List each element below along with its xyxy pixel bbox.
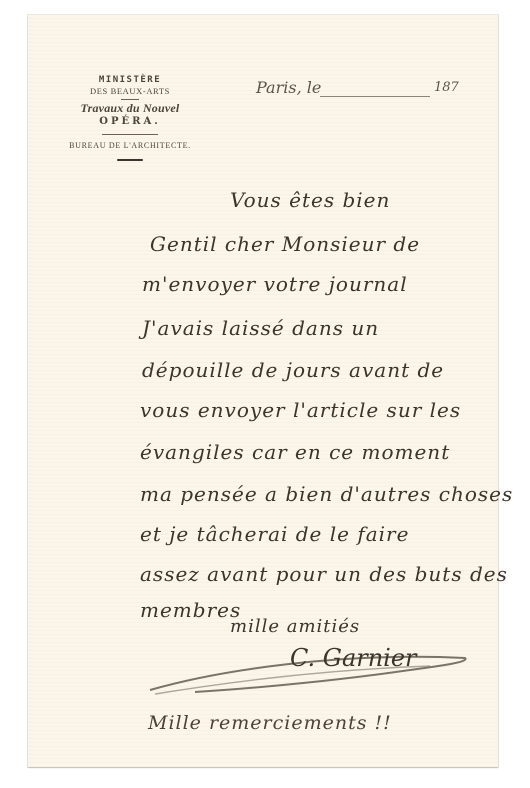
body-line: évangiles car en ce moment bbox=[140, 440, 450, 464]
body-line: Gentil cher Monsieur de bbox=[150, 232, 420, 256]
letterhead-divider bbox=[117, 159, 143, 161]
letterhead: MINISTÈRE DES BEAUX-ARTS Travaux du Nouv… bbox=[50, 74, 210, 161]
body-line: dépouille de jours avant de bbox=[142, 358, 444, 382]
date-place: Paris, le bbox=[256, 78, 321, 97]
body-line: membres bbox=[140, 598, 241, 622]
letterhead-divider bbox=[121, 99, 139, 100]
signature-name: C. Garnier bbox=[290, 644, 417, 672]
date-blank-line bbox=[320, 96, 430, 97]
letterhead-ministry: MINISTÈRE bbox=[50, 74, 210, 86]
body-line: J'avais laissé dans un bbox=[142, 316, 379, 340]
postscript: Mille remerciements !! bbox=[148, 712, 392, 734]
dateline: Paris, le 187 bbox=[256, 78, 456, 100]
signature: C. Garnier bbox=[140, 640, 480, 700]
letterhead-office: BUREAU DE L'ARCHITECTE. bbox=[50, 141, 210, 151]
body-line: assez avant pour un des buts des bbox=[140, 562, 508, 586]
letterhead-divider bbox=[102, 134, 158, 135]
letterhead-project: Travaux du Nouvel bbox=[50, 101, 210, 115]
letterhead-department: DES BEAUX-ARTS bbox=[50, 86, 210, 97]
body-line: m'envoyer votre journal bbox=[142, 272, 408, 296]
body-line: Vous êtes bien bbox=[230, 188, 390, 212]
date-year-prefix: 187 bbox=[434, 80, 459, 95]
body-line: vous envoyer l'article sur les bbox=[140, 398, 461, 422]
body-line: ma pensée a bien d'autres choses bbox=[140, 482, 513, 506]
body-line: et je tâcherai de le faire bbox=[140, 522, 409, 546]
closing: mille amitiés bbox=[230, 616, 360, 637]
letterhead-building: OPÉRA. bbox=[50, 115, 210, 129]
